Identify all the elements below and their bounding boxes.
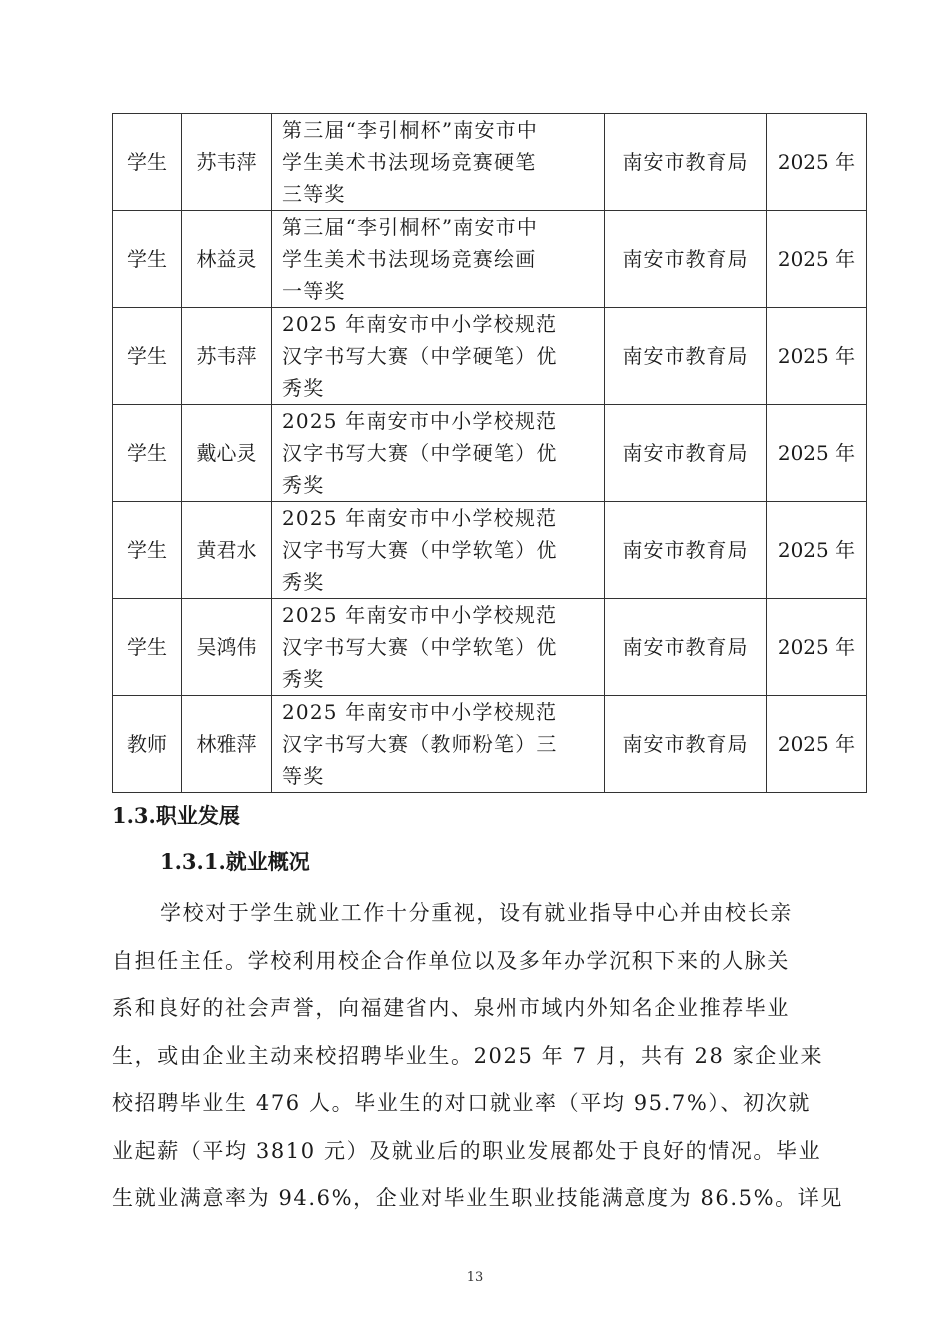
issuer-cell: 南安市教育局 <box>605 211 767 308</box>
award-line: 秀奖 <box>282 376 324 400</box>
section-heading: 1.3.职业发展 <box>112 800 240 832</box>
award-line: 2025 年南安市中小学校规范 <box>282 700 557 724</box>
award-line: 第三届“李引桐杯”南安市中 <box>282 215 538 239</box>
paragraph-line: 学校对于学生就业工作十分重视，设有就业指导中心并由校长亲 <box>112 890 854 938</box>
year-cell: 2025 年 <box>767 114 867 211</box>
award-line: 等奖 <box>282 764 324 788</box>
issuer-cell: 南安市教育局 <box>605 599 767 696</box>
table-row: 学生 吴鸿伟 2025 年南安市中小学校规范 汉字书写大赛（中学软笔）优 秀奖 … <box>113 599 867 696</box>
role-cell: 学生 <box>113 599 182 696</box>
issuer-cell: 南安市教育局 <box>605 405 767 502</box>
name-cell: 苏韦萍 <box>182 308 272 405</box>
award-line: 秀奖 <box>282 570 324 594</box>
body-paragraph: 学校对于学生就业工作十分重视，设有就业指导中心并由校长亲 自担任主任。学校利用校… <box>112 890 854 1223</box>
role-cell: 学生 <box>113 114 182 211</box>
paragraph-line: 自担任主任。学校利用校企合作单位以及多年办学沉积下来的人脉关 <box>112 938 854 986</box>
table-row: 学生 苏韦萍 2025 年南安市中小学校规范 汉字书写大赛（中学硬笔）优 秀奖 … <box>113 308 867 405</box>
award-cell: 2025 年南安市中小学校规范 汉字书写大赛（中学软笔）优 秀奖 <box>272 599 605 696</box>
award-cell: 第三届“李引桐杯”南安市中 学生美术书法现场竞赛硬笔 三等奖 <box>272 114 605 211</box>
award-line: 汉字书写大赛（中学硬笔）优 <box>282 441 558 465</box>
award-line: 三等奖 <box>282 182 346 206</box>
page-number: 13 <box>0 1270 950 1285</box>
award-cell: 2025 年南安市中小学校规范 汉字书写大赛（中学硬笔）优 秀奖 <box>272 308 605 405</box>
name-cell: 林雅萍 <box>182 696 272 793</box>
award-line: 汉字书写大赛（中学软笔）优 <box>282 538 558 562</box>
name-cell: 戴心灵 <box>182 405 272 502</box>
document-page: 学生 苏韦萍 第三届“李引桐杯”南安市中 学生美术书法现场竞赛硬笔 三等奖 南安… <box>0 0 950 1343</box>
name-cell: 苏韦萍 <box>182 114 272 211</box>
paragraph-line: 系和良好的社会声誉，向福建省内、泉州市域内外知名企业推荐毕业 <box>112 985 854 1033</box>
award-line: 汉字书写大赛（教师粉笔）三 <box>282 732 558 756</box>
award-line: 2025 年南安市中小学校规范 <box>282 409 557 433</box>
award-line: 汉字书写大赛（中学软笔）优 <box>282 635 558 659</box>
paragraph-line: 业起薪（平均 3810 元）及就业后的职业发展都处于良好的情况。毕业 <box>112 1128 854 1176</box>
issuer-cell: 南安市教育局 <box>605 308 767 405</box>
table-row: 学生 戴心灵 2025 年南安市中小学校规范 汉字书写大赛（中学硬笔）优 秀奖 … <box>113 405 867 502</box>
table-row: 学生 苏韦萍 第三届“李引桐杯”南安市中 学生美术书法现场竞赛硬笔 三等奖 南安… <box>113 114 867 211</box>
role-cell: 教师 <box>113 696 182 793</box>
name-cell: 吴鸿伟 <box>182 599 272 696</box>
award-cell: 2025 年南安市中小学校规范 汉字书写大赛（中学硬笔）优 秀奖 <box>272 405 605 502</box>
paragraph-line: 生就业满意率为 94.6%，企业对毕业生职业技能满意度为 86.5%。详见 <box>112 1175 854 1223</box>
paragraph-line: 校招聘毕业生 476 人。毕业生的对口就业率（平均 95.7%）、初次就 <box>112 1080 854 1128</box>
role-cell: 学生 <box>113 211 182 308</box>
name-cell: 林益灵 <box>182 211 272 308</box>
award-line: 汉字书写大赛（中学硬笔）优 <box>282 344 558 368</box>
table-row: 学生 黄君水 2025 年南安市中小学校规范 汉字书写大赛（中学软笔）优 秀奖 … <box>113 502 867 599</box>
role-cell: 学生 <box>113 405 182 502</box>
year-cell: 2025 年 <box>767 308 867 405</box>
award-line: 学生美术书法现场竞赛绘画 <box>282 247 536 271</box>
award-cell: 第三届“李引桐杯”南安市中 学生美术书法现场竞赛绘画 一等奖 <box>272 211 605 308</box>
table-row: 学生 林益灵 第三届“李引桐杯”南安市中 学生美术书法现场竞赛绘画 一等奖 南安… <box>113 211 867 308</box>
name-cell: 黄君水 <box>182 502 272 599</box>
table-row: 教师 林雅萍 2025 年南安市中小学校规范 汉字书写大赛（教师粉笔）三 等奖 … <box>113 696 867 793</box>
award-line: 2025 年南安市中小学校规范 <box>282 312 557 336</box>
award-line: 秀奖 <box>282 473 324 497</box>
role-cell: 学生 <box>113 308 182 405</box>
award-line: 一等奖 <box>282 279 346 303</box>
year-cell: 2025 年 <box>767 502 867 599</box>
award-line: 学生美术书法现场竞赛硬笔 <box>282 150 536 174</box>
year-cell: 2025 年 <box>767 405 867 502</box>
award-cell: 2025 年南安市中小学校规范 汉字书写大赛（中学软笔）优 秀奖 <box>272 502 605 599</box>
year-cell: 2025 年 <box>767 211 867 308</box>
year-cell: 2025 年 <box>767 599 867 696</box>
award-line: 第三届“李引桐杯”南安市中 <box>282 118 538 142</box>
issuer-cell: 南安市教育局 <box>605 502 767 599</box>
award-line: 2025 年南安市中小学校规范 <box>282 506 557 530</box>
year-cell: 2025 年 <box>767 696 867 793</box>
awards-table: 学生 苏韦萍 第三届“李引桐杯”南安市中 学生美术书法现场竞赛硬笔 三等奖 南安… <box>112 113 867 793</box>
subsection-heading: 1.3.1.就业概况 <box>160 846 310 878</box>
role-cell: 学生 <box>113 502 182 599</box>
issuer-cell: 南安市教育局 <box>605 696 767 793</box>
issuer-cell: 南安市教育局 <box>605 114 767 211</box>
paragraph-line: 生，或由企业主动来校招聘毕业生。2025 年 7 月，共有 28 家企业来 <box>112 1033 854 1081</box>
award-line: 秀奖 <box>282 667 324 691</box>
award-cell: 2025 年南安市中小学校规范 汉字书写大赛（教师粉笔）三 等奖 <box>272 696 605 793</box>
award-line: 2025 年南安市中小学校规范 <box>282 603 557 627</box>
